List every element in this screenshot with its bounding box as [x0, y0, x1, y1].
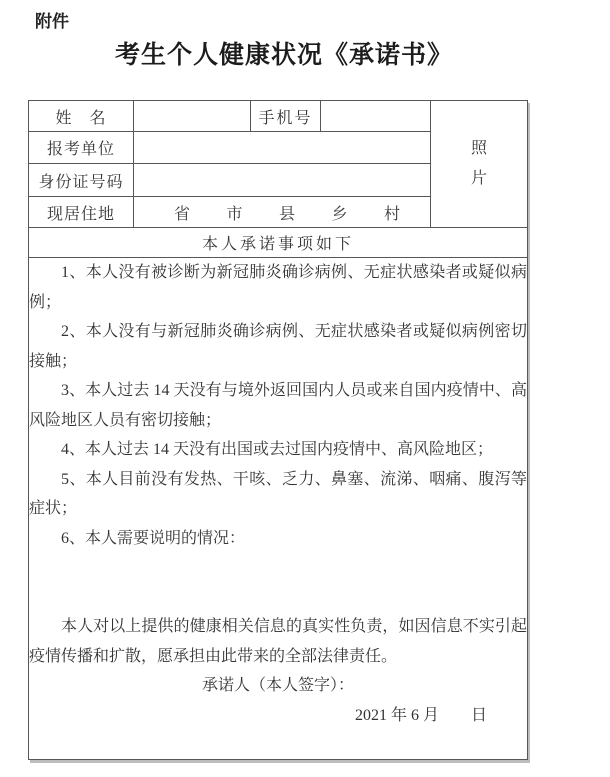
id-number-label: 身份证号码: [29, 164, 134, 197]
commitment-item-4: 4、本人过去 14 天没有出国或去过国内疫情中、高风险地区；: [29, 435, 527, 465]
table-row: 本人承诺事项如下: [29, 228, 528, 258]
residence-village: 村: [384, 201, 400, 224]
phone-label: 手机号: [251, 101, 321, 132]
photo-label-line1: 照: [471, 134, 487, 164]
commitment-item-3: 3、本人过去 14 天没有与境外返回国内人员或来自国内疫情中、高风险地区人员有密…: [29, 376, 527, 435]
residence-city: 市: [226, 201, 242, 224]
document-page: 附件 考生个人健康状况《承诺书》 姓 名 手机号 照 片: [0, 0, 610, 777]
table-row: 1、本人没有被诊断为新冠肺炎确诊病例、无症状感染者或疑似病例； 2、本人没有与新…: [29, 258, 528, 760]
signature-label: 承诺人（本人签字）：: [29, 671, 527, 701]
residence-input-cell: 省 市 县 乡 村: [134, 197, 431, 228]
date-line: 2021 年 6 月 日: [29, 701, 527, 731]
name-label: 姓 名: [29, 101, 134, 132]
id-number-input-cell: [134, 164, 431, 197]
phone-input-cell: [321, 101, 431, 132]
unit-input-cell: [134, 132, 431, 164]
residence-label: 现居住地: [29, 197, 134, 228]
photo-label: 照 片: [431, 134, 527, 194]
commitment-section-header: 本人承诺事项如下: [29, 228, 528, 258]
page-title: 考生个人健康状况《承诺书》: [0, 35, 568, 71]
commitment-item-2: 2、本人没有与新冠肺炎确诊病例、无症状感染者或疑似病例密切接触；: [29, 317, 527, 376]
photo-label-line2: 片: [471, 164, 487, 194]
residence-province: 省: [174, 201, 190, 224]
photo-placeholder-cell: 照 片: [431, 101, 528, 228]
health-commitment-form-table: 姓 名 手机号 照 片 报考单位 身份证号码 现居住: [28, 100, 528, 760]
unit-label: 报考单位: [29, 132, 134, 164]
name-input-cell: [134, 101, 251, 132]
commitment-item-1: 1、本人没有被诊断为新冠肺炎确诊病例、无症状感染者或疑似病例；: [29, 258, 527, 317]
commitment-item-6: 6、本人需要说明的情况：: [29, 524, 527, 554]
residence-parts: 省 市 县 乡 村: [134, 201, 430, 224]
residence-township: 乡: [331, 201, 347, 224]
declaration-text: 本人对以上提供的健康相关信息的真实性负责，如因信息不实引起疫情传播和扩散，愿承担…: [29, 612, 527, 671]
residence-county: 县: [279, 201, 295, 224]
remarks-blank-space: [29, 553, 527, 612]
commitment-item-5: 5、本人目前没有发热、干咳、乏力、鼻塞、流涕、咽痛、腹泻等症状；: [29, 465, 527, 524]
attachment-label: 附件: [35, 7, 69, 32]
commitment-body-cell: 1、本人没有被诊断为新冠肺炎确诊病例、无症状感染者或疑似病例； 2、本人没有与新…: [29, 258, 528, 760]
table-row: 姓 名 手机号 照 片: [29, 101, 528, 132]
